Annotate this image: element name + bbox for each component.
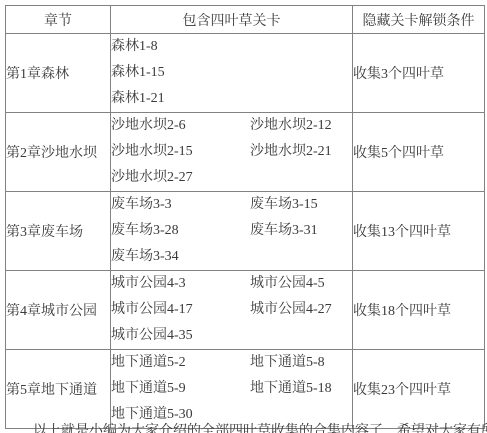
- level-item: 废车场3-3: [111, 192, 250, 218]
- header-unlock: 隐藏关卡解锁条件: [353, 6, 485, 34]
- level-item: 森林1-21: [111, 86, 250, 112]
- levels-cell: 废车场3-3废车场3-15 废车场3-28废车场3-31 废车场3-34: [111, 192, 353, 271]
- levels-cell: 森林1-8 森林1-15 森林1-21: [111, 34, 353, 113]
- level-item: 城市公园4-3: [111, 271, 250, 297]
- header-chapter: 章节: [6, 6, 111, 34]
- page: 章节 包含四叶草关卡 隐藏关卡解锁条件 第1章森林 森林1-8 森林1-15 森…: [0, 0, 487, 433]
- level-item: 地下通道5-9: [111, 376, 250, 402]
- level-item: 沙地水坝2-15: [111, 139, 250, 165]
- level-item: 沙地水坝2-27: [111, 165, 250, 191]
- levels-cell: 城市公园4-3城市公园4-5 城市公园4-17城市公园4-27 城市公园4-35: [111, 271, 353, 350]
- unlock-cell: 收集23个四叶草: [353, 350, 485, 429]
- level-item: 地下通道5-18: [250, 376, 332, 402]
- level-item: 城市公园4-35: [111, 323, 250, 349]
- level-item: 沙地水坝2-21: [250, 139, 332, 165]
- level-item: 地下通道5-2: [111, 350, 250, 376]
- level-item: 废车场3-34: [111, 244, 250, 270]
- level-item: 城市公园4-17: [111, 297, 250, 323]
- table-row: 第2章沙地水坝 沙地水坝2-6沙地水坝2-12 沙地水坝2-15沙地水坝2-21…: [6, 113, 485, 192]
- unlock-cell: 收集13个四叶草: [353, 192, 485, 271]
- level-item: 城市公园4-5: [250, 271, 325, 297]
- chapter-cell: 第4章城市公园: [6, 271, 111, 350]
- chapter-cell: 第1章森林: [6, 34, 111, 113]
- clipped-caption-text: 以上就是小编为大家介绍的全部四叶草收集的合集内容了，希望对大家有所帮助。: [5, 422, 487, 433]
- table-row: 第1章森林 森林1-8 森林1-15 森林1-21 收集3个四叶草: [6, 34, 485, 113]
- level-item: 地下通道5-8: [250, 350, 325, 376]
- level-item: 城市公园4-27: [250, 297, 332, 323]
- table-row: 第4章城市公园 城市公园4-3城市公园4-5 城市公园4-17城市公园4-27 …: [6, 271, 485, 350]
- level-item: 沙地水坝2-12: [250, 113, 332, 139]
- chapter-cell: 第3章废车场: [6, 192, 111, 271]
- levels-cell: 地下通道5-2地下通道5-8 地下通道5-9地下通道5-18 地下通道5-30: [111, 350, 353, 429]
- level-item: 森林1-8: [111, 34, 250, 60]
- chapter-cell: 第2章沙地水坝: [6, 113, 111, 192]
- chapter-cell: 第5章地下通道: [6, 350, 111, 429]
- level-item: 废车场3-28: [111, 218, 250, 244]
- table-row: 第3章废车场 废车场3-3废车场3-15 废车场3-28废车场3-31 废车场3…: [6, 192, 485, 271]
- level-item: 废车场3-31: [250, 218, 318, 244]
- levels-cell: 沙地水坝2-6沙地水坝2-12 沙地水坝2-15沙地水坝2-21 沙地水坝2-2…: [111, 113, 353, 192]
- unlock-cell: 收集5个四叶草: [353, 113, 485, 192]
- level-item: 废车场3-15: [250, 192, 318, 218]
- level-item: 沙地水坝2-6: [111, 113, 250, 139]
- unlock-cell: 收集18个四叶草: [353, 271, 485, 350]
- level-item: 森林1-15: [111, 60, 250, 86]
- clover-levels-table: 章节 包含四叶草关卡 隐藏关卡解锁条件 第1章森林 森林1-8 森林1-15 森…: [5, 5, 485, 429]
- unlock-cell: 收集3个四叶草: [353, 34, 485, 113]
- table-header-row: 章节 包含四叶草关卡 隐藏关卡解锁条件: [6, 6, 485, 34]
- table-row: 第5章地下通道 地下通道5-2地下通道5-8 地下通道5-9地下通道5-18 地…: [6, 350, 485, 429]
- header-levels: 包含四叶草关卡: [111, 6, 353, 34]
